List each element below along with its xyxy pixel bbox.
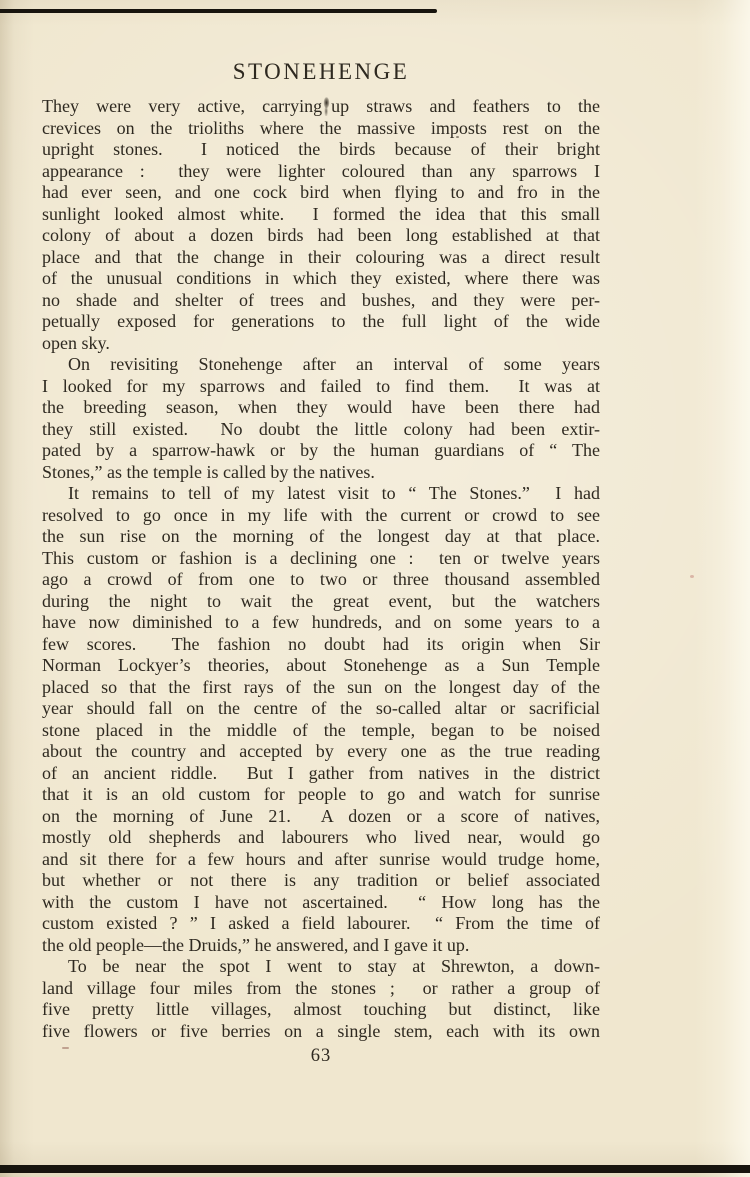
text-line: On revisiting Stonehenge after an interv… xyxy=(42,354,600,376)
text-line: To be near the spot I went to stay at Sh… xyxy=(42,956,600,978)
text-line: on the morning of June 21. A dozen or a … xyxy=(42,806,600,828)
text-line: about the country and accepted by every … xyxy=(42,741,600,763)
text-line: placed so that the first rays of the sun… xyxy=(42,677,600,699)
paper-speck xyxy=(456,136,459,138)
text-line: and sit there for a few hours and after … xyxy=(42,849,600,871)
scan-artifact-bottom-bar xyxy=(0,1165,750,1173)
text-line: sunlight looked almost white. I formed t… xyxy=(42,204,600,226)
paper-speck xyxy=(62,1047,69,1049)
text-line: year should fall on the centre of the so… xyxy=(42,698,600,720)
text-line: stone placed in the middle of the temple… xyxy=(42,720,600,742)
text-line: pated by a sparrow-hawk or by the human … xyxy=(42,440,600,462)
text-line: This custom or fashion is a declining on… xyxy=(42,548,600,570)
text-line: mostly old shepherds and labourers who l… xyxy=(42,827,600,849)
ink-smudge-icon xyxy=(323,97,330,116)
text-line: few scores. The fashion no doubt had its… xyxy=(42,634,600,656)
text-line: the breeding season, when they would hav… xyxy=(42,397,600,419)
paper-speck xyxy=(52,793,55,797)
text-line: open sky. xyxy=(42,333,600,355)
text-line: the sun rise on the morning of the longe… xyxy=(42,526,600,548)
text-segment: They were very active, carrying xyxy=(42,96,322,116)
scan-artifact-top-bar xyxy=(0,9,437,13)
text-line: have now diminished to a few hundreds, a… xyxy=(42,612,600,634)
text-line: petually exposed for generations to the … xyxy=(42,311,600,333)
text-line: crevices on the trioliths where the mass… xyxy=(42,118,600,140)
text-line: resolved to go once in my life with the … xyxy=(42,505,600,527)
page-title: STONEHENGE xyxy=(42,59,600,85)
text-line: they still existed. No doubt the little … xyxy=(42,419,600,441)
text-line: Norman Lockyer’s theories, about Stonehe… xyxy=(42,655,600,677)
text-line: place and that the change in their colou… xyxy=(42,247,600,269)
text-line: I looked for my sparrows and failed to f… xyxy=(42,376,600,398)
paragraph: They were very active, carryingup straws… xyxy=(42,96,600,354)
page-number: 63 xyxy=(42,1046,600,1067)
text-line: land village four miles from the stones … xyxy=(42,978,600,1000)
text-block: They were very active, carryingup straws… xyxy=(42,96,600,1042)
text-line: during the night to wait the great event… xyxy=(42,591,600,613)
book-page-scan: STONEHENGE They were very active, carryi… xyxy=(0,0,750,1177)
text-line: of the unusual conditions in which they … xyxy=(42,268,600,290)
text-line: five flowers or five berries on a single… xyxy=(42,1021,600,1043)
text-line: Stones,” as the temple is called by the … xyxy=(42,462,600,484)
text-line: with the custom I have not ascertained. … xyxy=(42,892,600,914)
text-line: colony of about a dozen birds had been l… xyxy=(42,225,600,247)
paragraph: It remains to tell of my latest visit to… xyxy=(42,483,600,956)
text-line: five pretty little villages, almost touc… xyxy=(42,999,600,1021)
text-line: but whether or not there is any traditio… xyxy=(42,870,600,892)
text-line: custom existed ? ” I asked a field labou… xyxy=(42,913,600,935)
text-line: had ever seen, and one cock bird when fl… xyxy=(42,182,600,204)
text-segment: up straws and feathers to the xyxy=(331,96,600,116)
text-line: no shade and shelter of trees and bushes… xyxy=(42,290,600,312)
text-line: appearance : they were lighter coloured … xyxy=(42,161,600,183)
paragraph: On revisiting Stonehenge after an interv… xyxy=(42,354,600,483)
text-line: of an ancient riddle. But I gather from … xyxy=(42,763,600,785)
text-line: that it is an old custom for people to g… xyxy=(42,784,600,806)
text-line: upright stones. I noticed the birds beca… xyxy=(42,139,600,161)
text-line: It remains to tell of my latest visit to… xyxy=(42,483,600,505)
paragraph: To be near the spot I went to stay at Sh… xyxy=(42,956,600,1042)
text-line: ago a crowd of from one to two or three … xyxy=(42,569,600,591)
text-line: the old people—the Druids,” he answered,… xyxy=(42,935,600,957)
paper-speck xyxy=(690,575,694,578)
text-line: They were very active, carryingup straws… xyxy=(42,96,600,118)
